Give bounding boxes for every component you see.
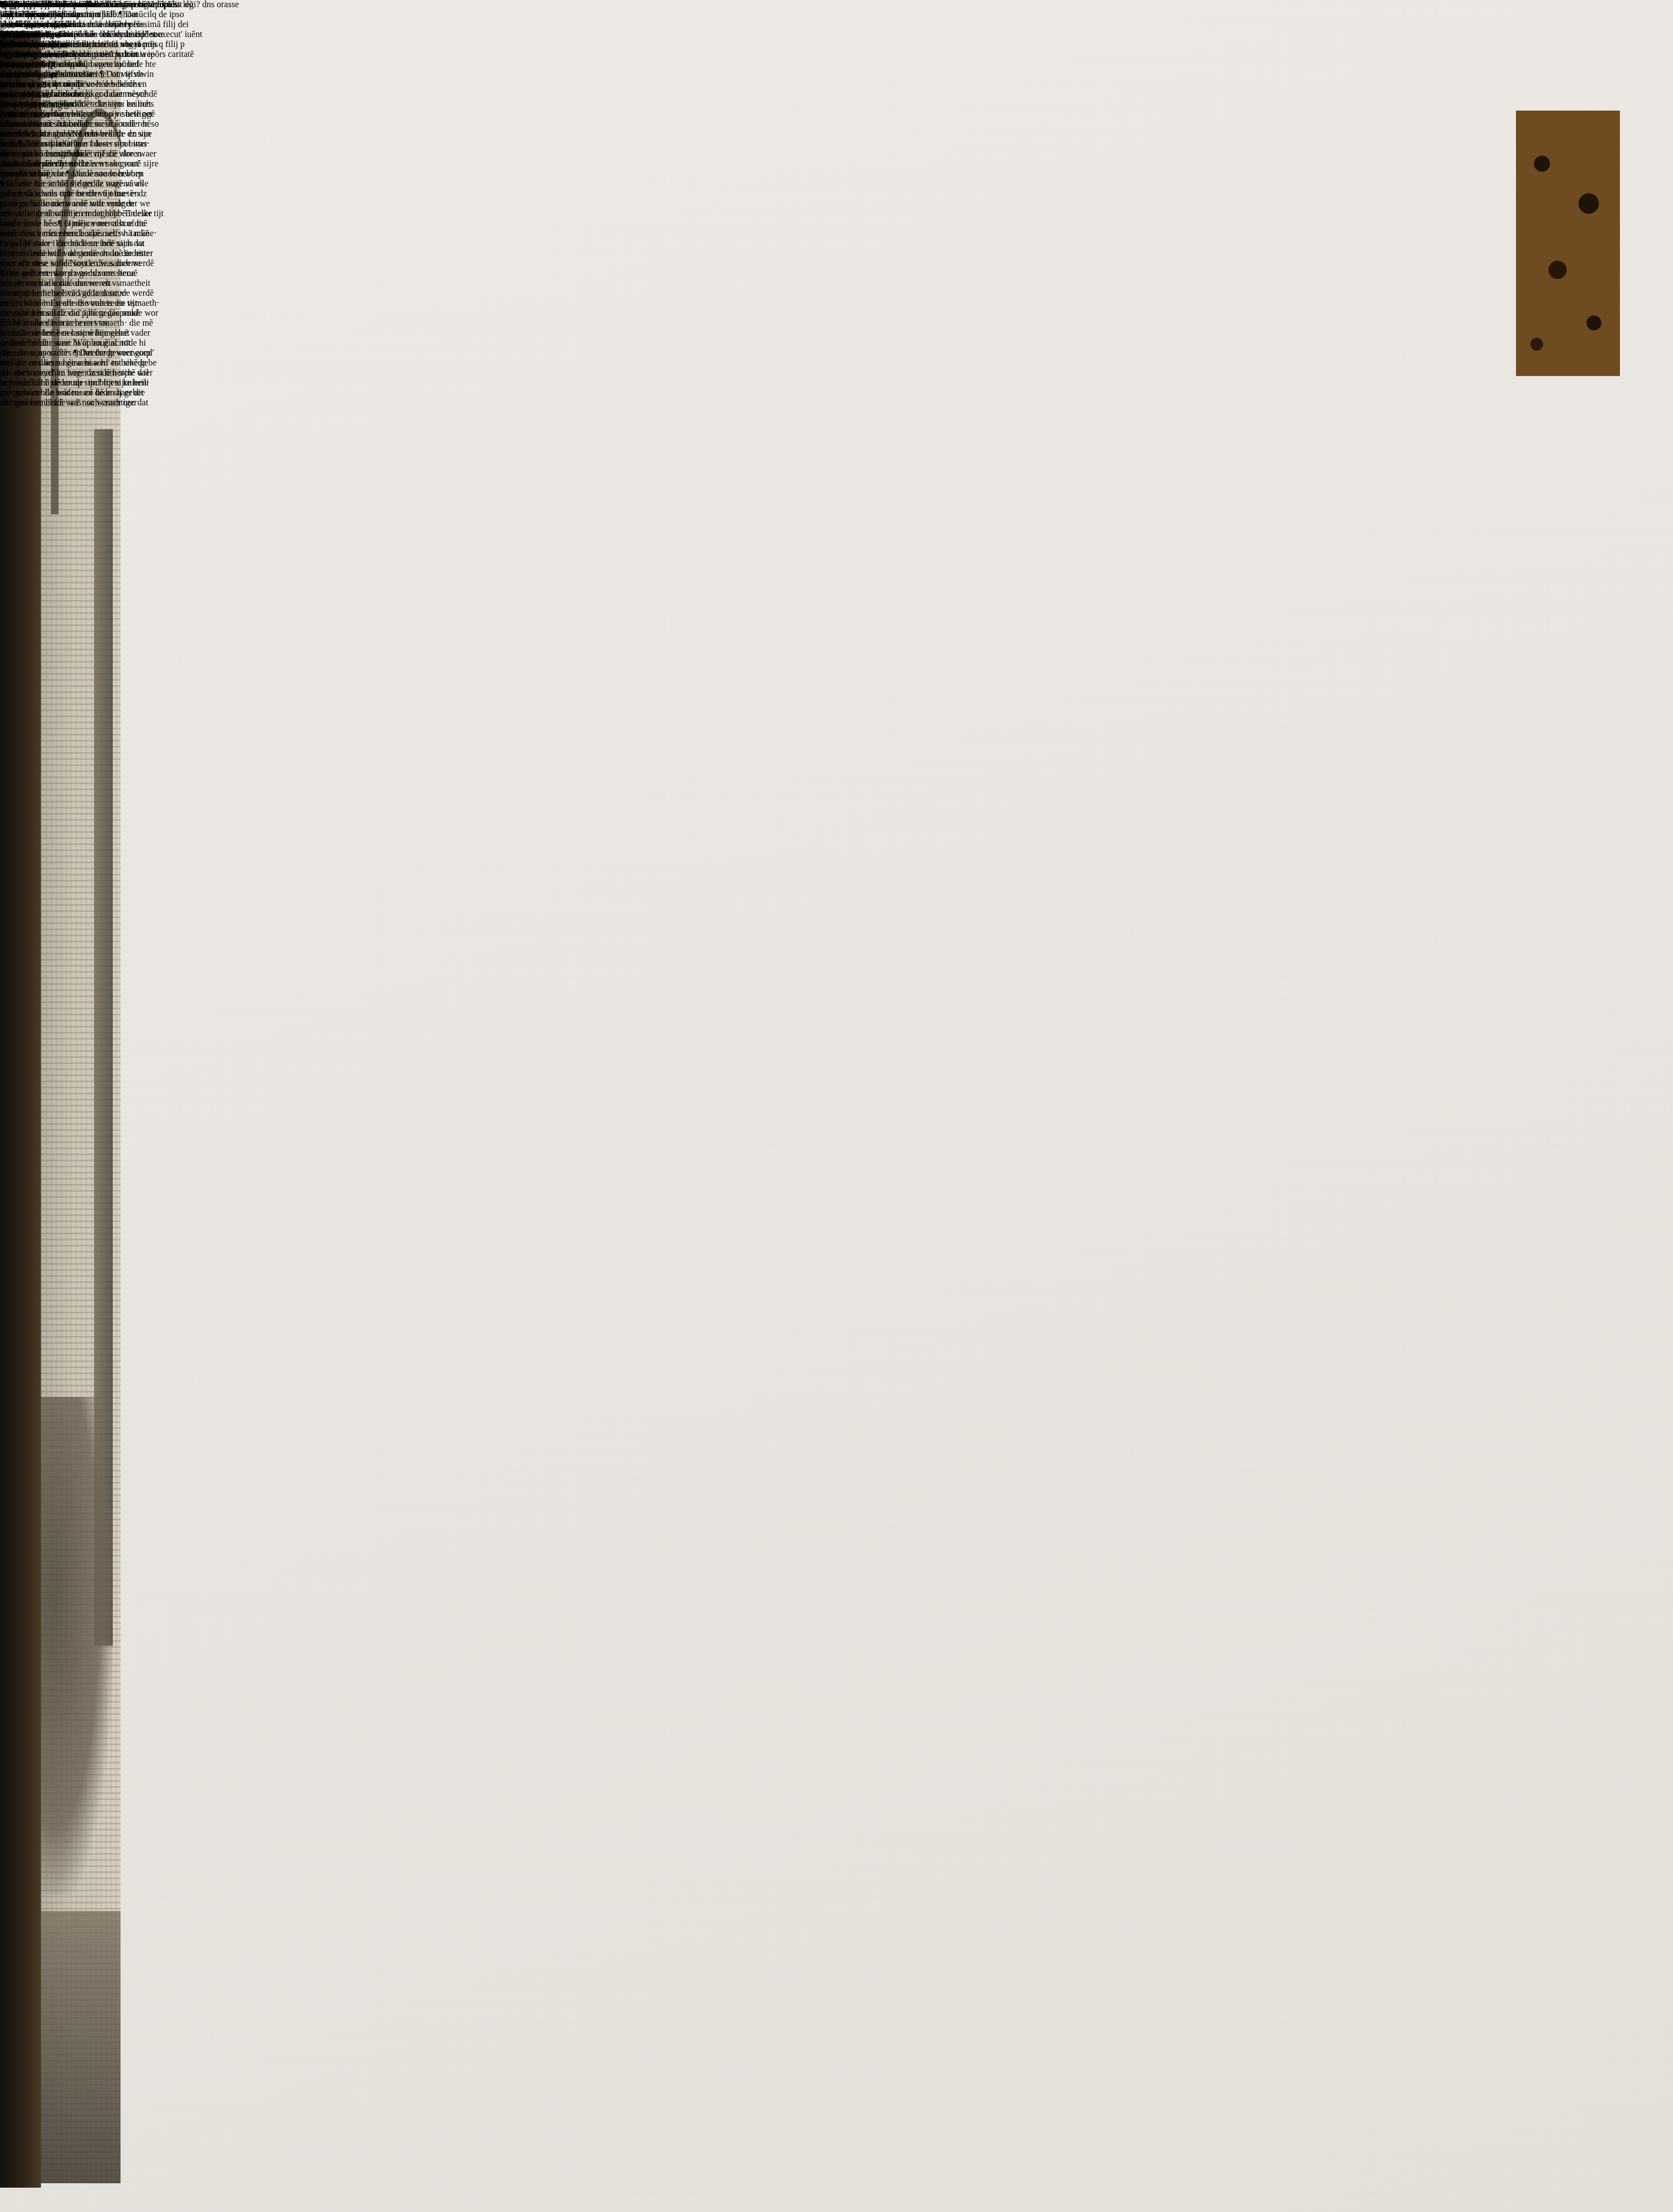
text-line: tāsire a me n bibā illud [0,20,92,30]
text-line: ¶ Iterū secūdo abijt et oēt [0,0,92,10]
text-line: rēs se patū ad sustinedū [0,149,98,159]
text-line: suete ihus verloechende sijns selfs hā m… [0,229,164,239]
engraving-figure [41,1397,113,1895]
text-line: tē p's si nō pot hic calyx [0,10,92,20]
text-line: de· noch voerd' en hoger aendē berch· da… [0,368,164,378]
text-line: q m placet pri [0,169,98,179]
text-line: butē v lieue hée ¶ O mēsce merct hoe die [0,219,164,229]
margin-note-right-3: ¶ Iterū secūdo abijt et oēttē p's si nō … [0,0,92,80]
text-line: neychde hi hē neder op sijn bloete kniee… [0,378,164,388]
text-line: ivē dormiētes erāt et oculi [0,50,92,60]
text-line: fz tua volūtas fiat Offe [0,139,98,149]
text-line: doot om onse wille Noyt en was meerre [0,259,164,269]
text-line: cōtristaretur [0,119,83,129]
text-line: iterū ad dscīpulos suos et [0,40,92,50]
text-line: en ic vblide mi seere dz vvult is die ti… [0,299,164,309]
text-line: ire q corps sc' ut esuriēt [0,100,83,109]
text-line: dz volbracht sal dz die pphete gesprokē [0,309,164,319]
text-line: en gaf hē ouer i die hāde en indē sijns … [0,239,164,249]
text-line: sijne lieue apostelē· en heefse gewect g… [0,348,164,358]
text-line: also dz ic genē wille en moet hebbē ī de… [0,209,164,219]
text-line: gi mijne wille mette uwē wilt venigen· [0,199,164,209]
text-line: met geboechde lenden· en dede sij gebet [0,388,164,398]
text-line: et sitiret angeretur [0,109,83,119]
text-line: suscep't oīa debuit sub [0,90,83,100]
text-line: hesus sprac hemelscē vad ic danc v· [0,289,164,299]
text-line: gedaen hadde· stont hi op en ginc tot [0,338,164,348]
text-line: fiat voluntas tua Et vē' [0,30,92,40]
manuscript-photo: C // Tribus diu'sis locis distātib9 ab i… [0,0,1673,2212]
text-line: tot sijnē hemelscē vad' noch crachtiger [0,398,164,408]
text-line: hebbē en daer ben ic bereet toe [0,319,164,328]
text-line: ders· en indē wille der iodē· en in die … [0,249,164,259]
text-line: mūne gehoert· dan dz gods sone steruē [0,269,164,279]
text-line: tissi 9 fi 9 ad iugelz Nō mia [0,129,98,139]
text-line: tis offendit Nā q corpq [0,80,83,90]
engraving-base [41,1911,121,2183]
text-line: viderēt ei [0,70,92,80]
page-fore-edge [1570,116,1617,2129]
text-line: dilationē desiderij sui [0,159,98,169]
text-line: tierlijc· en daer na ginc hi wed' tot si… [0,358,164,368]
text-line: gebenedide wils optē berch vā oliuetē· d… [0,189,164,199]
text-line: woude om die sondē der werelt [0,279,164,289]
text-line: ls ons lieue heē een lanc wilijc gebet [0,328,164,338]
text-line: ¶ O lieue hée ic bid v doer dz ougeue ws [0,179,164,189]
text-line: eorū grauati et inebat' ei [0,60,92,70]
